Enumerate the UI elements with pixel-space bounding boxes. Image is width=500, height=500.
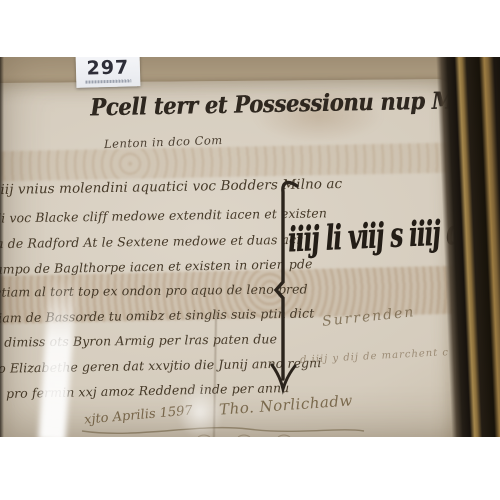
lot-number: 297 — [86, 58, 129, 78]
flash-glare-spot — [176, 385, 224, 437]
framed-document-photo: Pcell terr et Possessionu nup Mon de Len… — [0, 57, 500, 437]
parchment-stain-band-upper — [0, 143, 454, 182]
frame-left-shadow — [0, 57, 4, 437]
auction-lot-photograph: { "lot_label": { "number": "297" }, "man… — [0, 0, 500, 500]
lot-number-tag: 297 — [76, 57, 141, 88]
lot-tag-microtext — [85, 79, 131, 83]
